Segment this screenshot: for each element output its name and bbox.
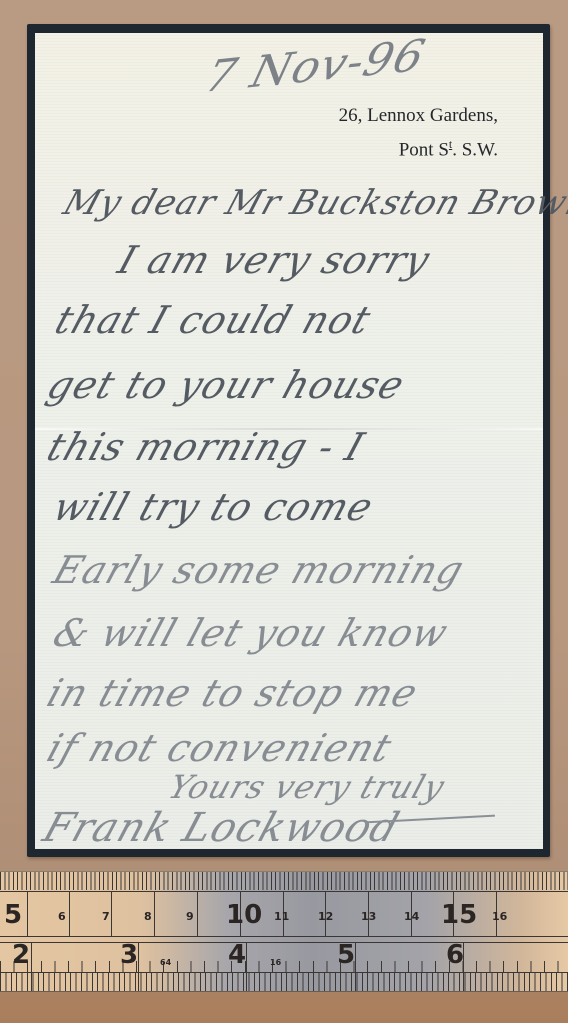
body-line: I am very sorry — [113, 238, 436, 282]
inch-label: 4 — [228, 940, 246, 970]
inch-label: 5 — [337, 940, 355, 970]
ruler-mm-ticks — [0, 872, 568, 890]
body-line: that I could not — [50, 298, 377, 342]
signature: Frank Lockwood — [38, 805, 406, 851]
inch-label: 2 — [12, 940, 30, 970]
inch-major-tick — [246, 942, 247, 991]
cm-label: 9 — [186, 910, 194, 923]
cm-label: 15 — [441, 900, 477, 930]
body-line: & will let you know — [48, 611, 454, 655]
letterhead-address: 26, Lennox Gardens, Pont St. S.W. — [339, 102, 498, 164]
inch-label: 6 — [446, 940, 464, 970]
cm-label: 7 — [102, 910, 110, 923]
cm-label: 14 — [404, 910, 419, 923]
cm-label: 5 — [4, 900, 22, 930]
cm-major-tick — [197, 891, 198, 936]
body-line: this morning - I — [42, 425, 370, 469]
cm-label: 10 — [226, 900, 262, 930]
ruler-divider — [0, 936, 568, 937]
inch-label: 3 — [120, 940, 138, 970]
cm-label: 6 — [58, 910, 66, 923]
cm-major-tick — [154, 891, 155, 936]
handwritten-date: 7 Nov-96 — [200, 30, 431, 103]
address-street: Pont S — [399, 139, 449, 160]
inch-major-tick — [31, 942, 32, 991]
inch-subdivision-label: 64 — [160, 958, 171, 967]
inch-subdivision-label: 16 — [270, 958, 281, 967]
letter-card: 7 Nov-96 26, Lennox Gardens, Pont St. S.… — [27, 24, 550, 857]
inch-major-tick — [138, 942, 139, 991]
address-line-1: 26, Lennox Gardens, — [339, 102, 498, 130]
cm-major-tick — [27, 891, 28, 936]
cm-label: 12 — [318, 910, 333, 923]
body-line: will try to come — [48, 485, 379, 529]
cm-major-tick — [111, 891, 112, 936]
body-line: if not convenient — [42, 726, 398, 770]
cm-label: 16 — [492, 910, 507, 923]
cm-label: 13 — [361, 910, 376, 923]
cm-label: 11 — [274, 910, 289, 923]
ruler-divider — [0, 891, 568, 892]
body-line: get to your house — [42, 363, 411, 407]
ruler-inch-fine-ticks — [0, 973, 568, 991]
cm-major-tick — [69, 891, 70, 936]
salutation-line: My dear Mr Buckston Browne — [59, 183, 568, 223]
address-district: . S.W. — [452, 139, 498, 160]
closing-line: Yours very truly — [164, 768, 450, 806]
address-line-2: Pont St. S.W. — [339, 130, 498, 164]
body-line: in time to stop me — [42, 671, 424, 715]
inch-major-tick — [355, 942, 356, 991]
ruler-divider — [0, 942, 568, 943]
cm-label: 8 — [144, 910, 152, 923]
measuring-ruler: 5 6 7 8 9 10 11 12 13 14 15 16 2 3 64 4 … — [0, 871, 568, 992]
body-line: Early some morning — [48, 548, 470, 592]
letter-paper: 7 Nov-96 26, Lennox Gardens, Pont St. S.… — [35, 33, 543, 849]
